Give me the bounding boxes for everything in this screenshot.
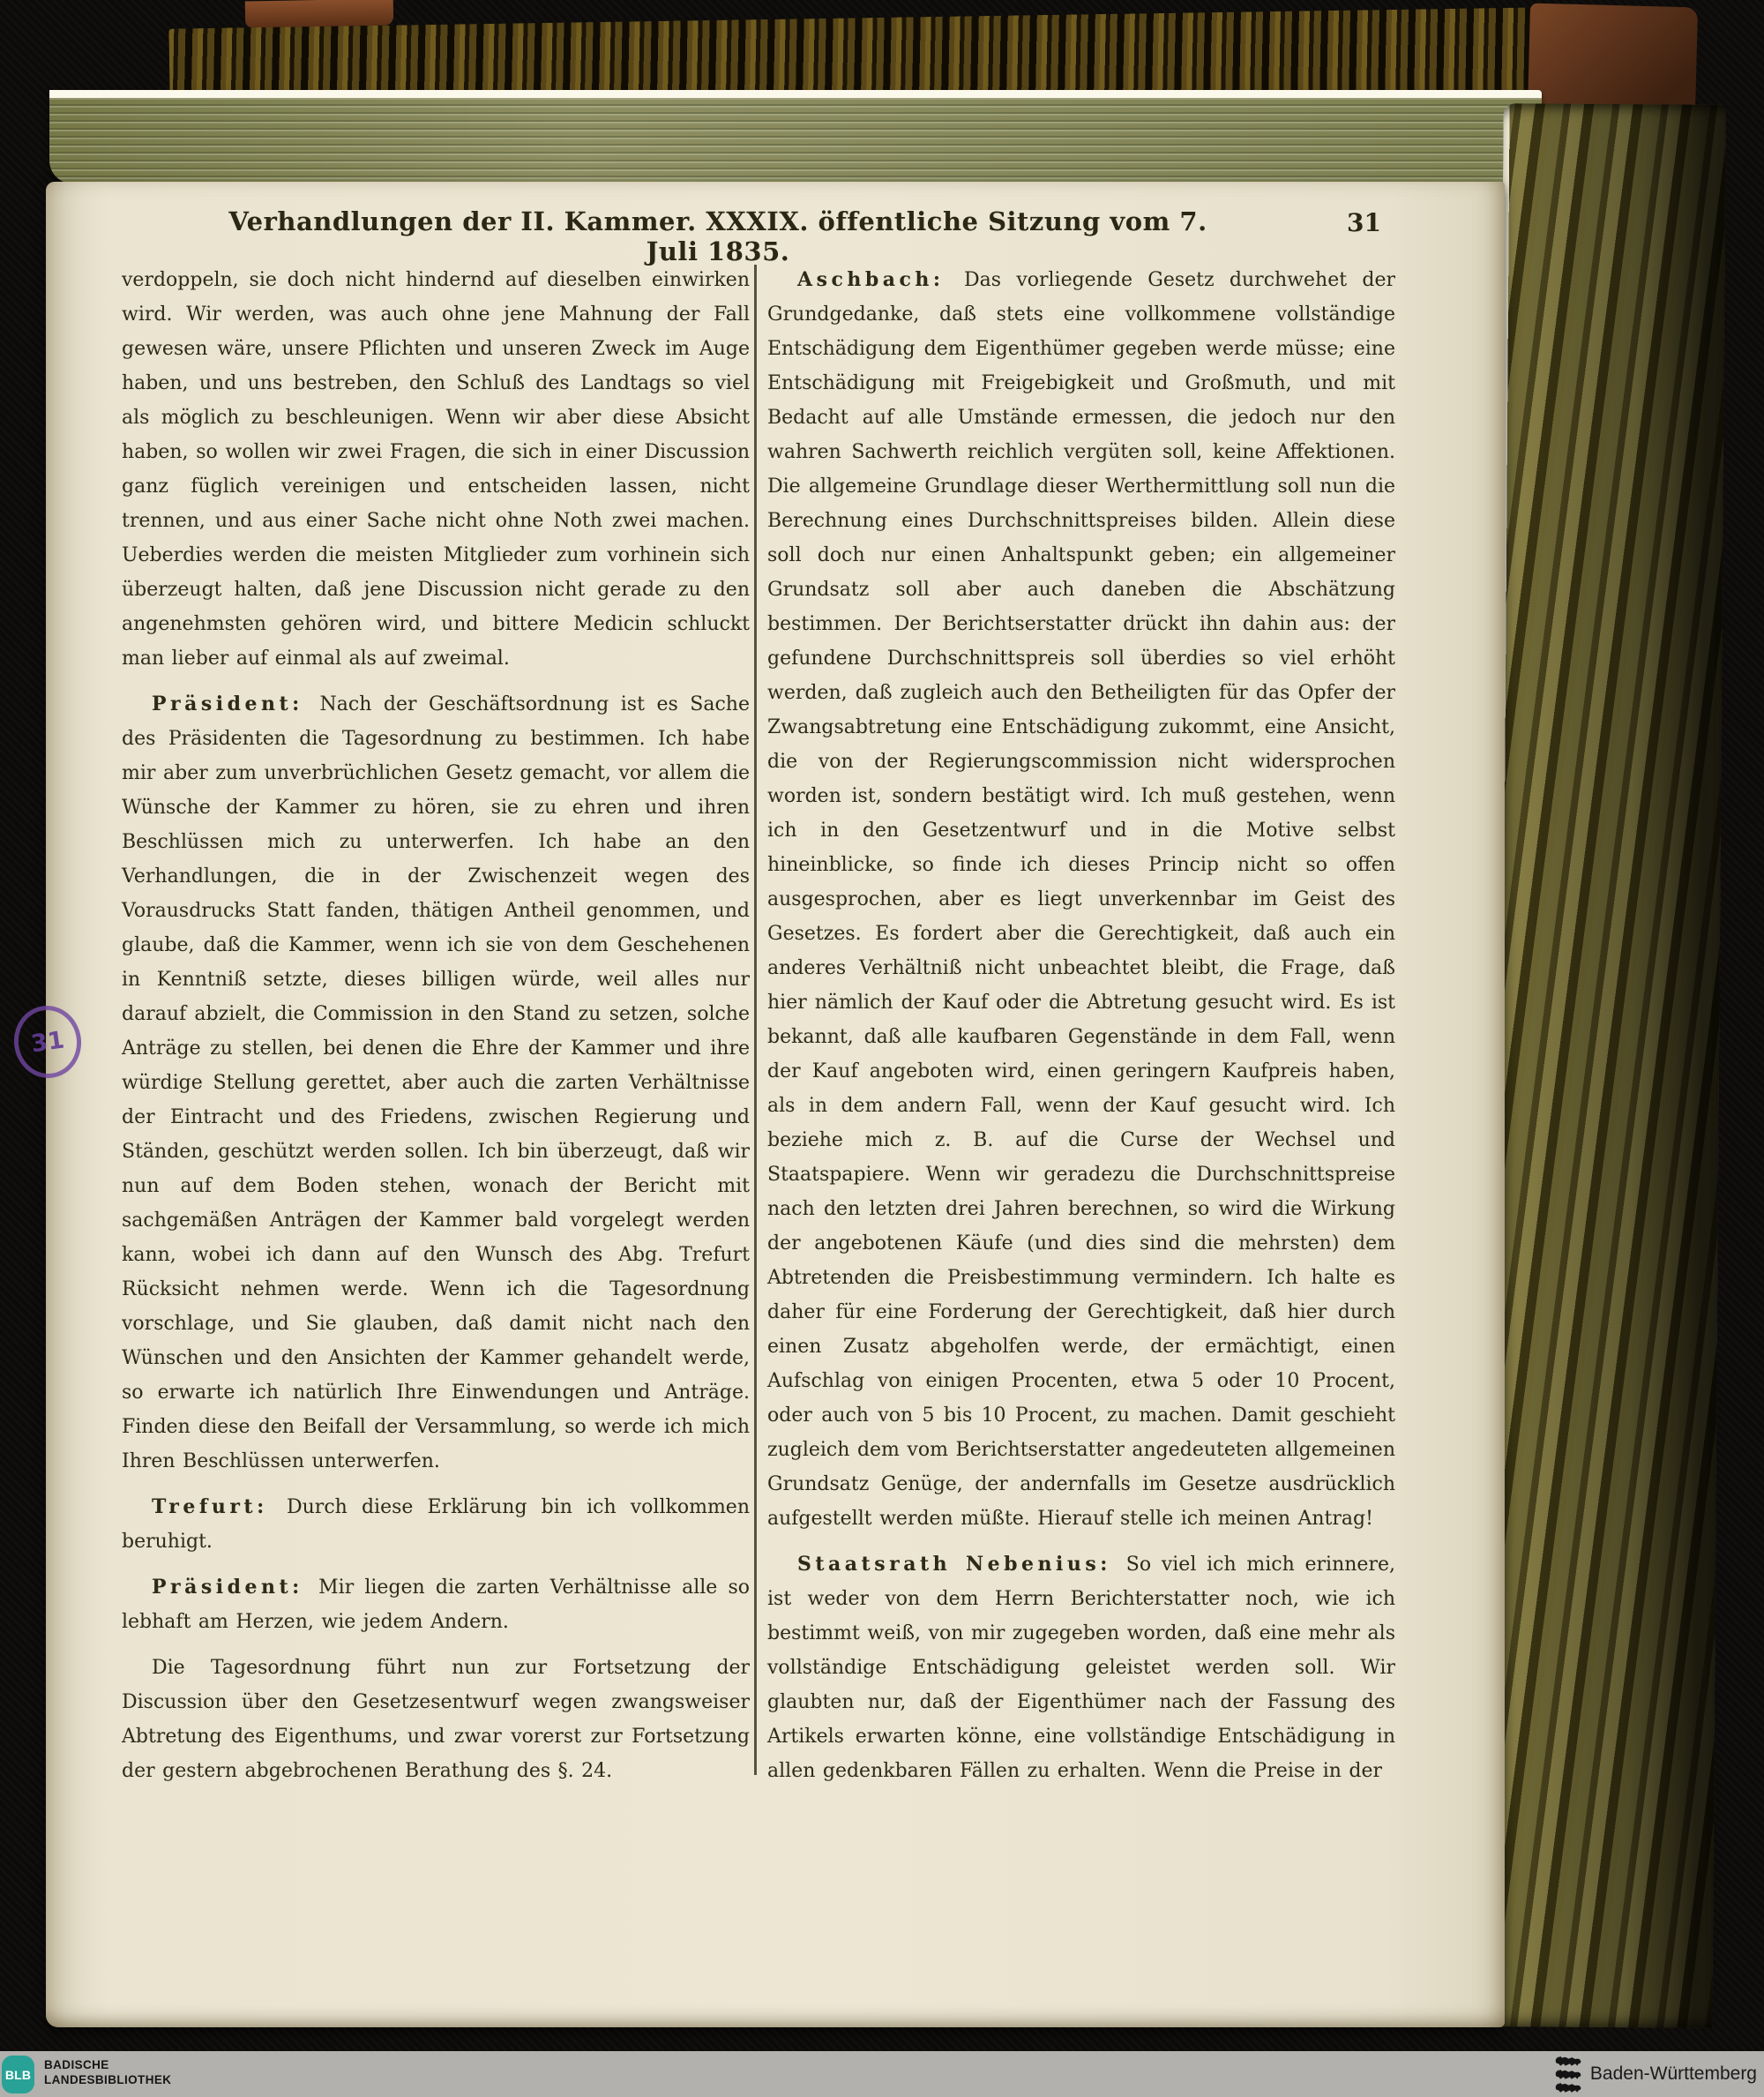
blb-logo-badge: BLB <box>2 2056 34 2093</box>
state-brand: Baden-Württemberg <box>1554 2051 1757 2097</box>
book-fore-edge-right <box>1490 103 1725 2028</box>
library-footer-bar: BLB BADISCHE LANDESBIBLIOTHEK Baden-Würt… <box>0 2051 1764 2097</box>
book-page-block-top-edge <box>49 90 1542 183</box>
library-name: BADISCHE LANDESBIBLIOTHEK <box>44 2057 171 2087</box>
paragraph: Trefurt: Durch diese Erklärung bin ich v… <box>122 1490 750 1559</box>
scanned-page: Verhandlungen der II. Kammer. XXXIX. öff… <box>46 182 1505 2027</box>
column-divider-rule <box>754 265 757 1775</box>
page-number: 31 <box>1347 208 1381 237</box>
paragraph: Aschbach: Das vorliegende Gesetz durchwe… <box>767 263 1395 1536</box>
library-name-line2: LANDESBIBLIOTHEK <box>44 2072 171 2087</box>
state-name: Baden-Württemberg <box>1590 2063 1757 2085</box>
speaker-name: Aschbach: <box>797 268 964 291</box>
coat-of-arms-icon <box>1554 2054 1582 2094</box>
paragraph: Präsident: Nach der Geschäftsordnung ist… <box>122 687 750 1479</box>
paragraph: Präsident: Mir liegen die zarten Verhält… <box>122 1570 750 1639</box>
paragraph: Die Tagesordnung führt nun zur Fortsetzu… <box>122 1651 750 1788</box>
speaker-name: Präsident: <box>152 693 320 715</box>
stamp-number: 31 <box>29 1026 66 1058</box>
library-name-line1: BADISCHE <box>44 2057 171 2072</box>
book-spine-corner <box>245 0 393 27</box>
left-column: verdoppeln, sie doch nicht hindernd auf … <box>122 263 750 1800</box>
book-scan-photo: Verhandlungen der II. Kammer. XXXIX. öff… <box>0 0 1764 2097</box>
right-column: Aschbach: Das vorliegende Gesetz durchwe… <box>767 263 1395 1800</box>
paragraph: verdoppeln, sie doch nicht hindernd auf … <box>122 263 750 676</box>
speaker-name: Trefurt: <box>152 1495 287 1518</box>
speaker-name: Staatsrath Nebenius: <box>797 1553 1126 1576</box>
paragraph: Staatsrath Nebenius: So viel ich mich er… <box>767 1547 1395 1788</box>
speaker-name: Präsident: <box>152 1576 318 1599</box>
running-header: Verhandlungen der II. Kammer. XXXIX. öff… <box>222 206 1214 266</box>
